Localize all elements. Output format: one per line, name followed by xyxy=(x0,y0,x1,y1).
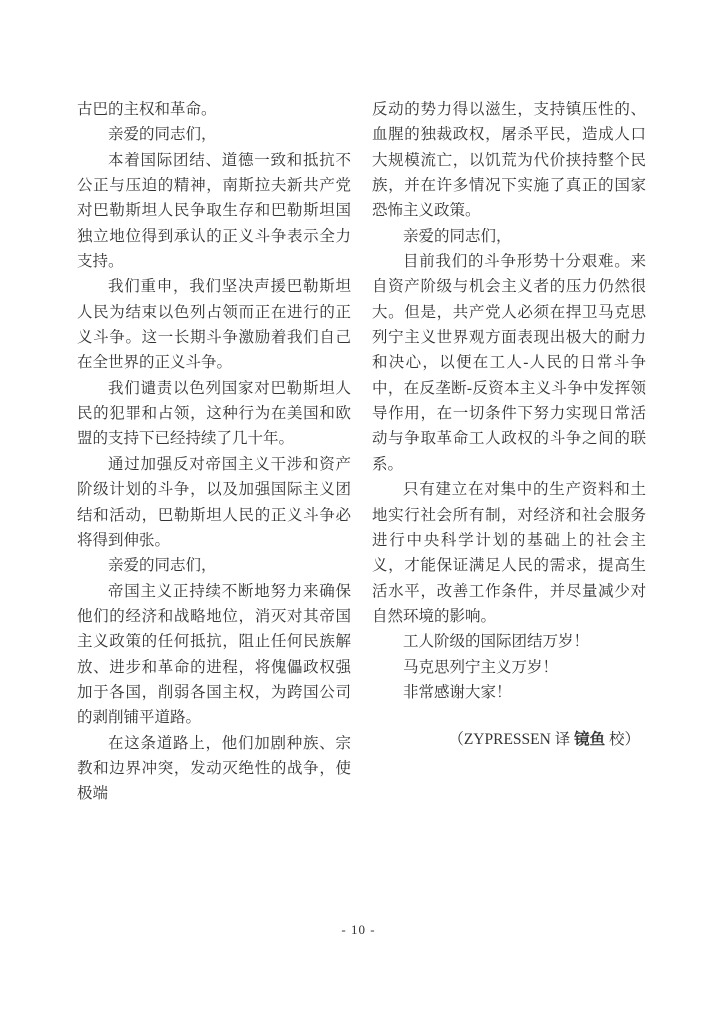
translator-credit: （ZYPRESSEN 译 镜鱼 校） xyxy=(372,727,646,752)
paragraph: 马克思列宁主义万岁！ xyxy=(372,655,646,680)
paragraph: 亲爱的同志们， xyxy=(77,553,351,578)
page-number: - 10 - xyxy=(0,922,717,938)
text-columns: 古巴的主权和革命。亲爱的同志们，本着国际团结、道德一致和抵抗不公正与压迫的精神，… xyxy=(77,97,717,807)
credit-proofreader: 镜鱼 xyxy=(574,731,605,748)
paragraph: 目前我们的斗争形势十分艰难。来自资产阶级与机会主义者的压力仍然很大。但是，共产党… xyxy=(372,249,646,477)
paragraph: 我们重申，我们坚决声援巴勒斯坦人民为结束以色列占领而正在进行的正义斗争。这一长期… xyxy=(77,274,351,375)
paragraph: 我们谴责以色列国家对巴勒斯坦人民的犯罪和占领，这种行为在美国和欧盟的支持下已经持… xyxy=(77,376,351,452)
paragraph: 亲爱的同志们， xyxy=(77,122,351,147)
paragraph: 在这条道路上，他们加剧种族、宗教和边界冲突，发动灭绝性的战争，使极端 xyxy=(77,731,351,807)
paragraph: 亲爱的同志们， xyxy=(372,224,646,249)
right-column-paragraphs: 反动的势力得以滋生，支持镇压性的、血腥的独裁政权，屠杀平民，造成人口大规模流亡，… xyxy=(372,97,646,705)
document-page: 古巴的主权和革命。亲爱的同志们，本着国际团结、道德一致和抵抗不公正与压迫的精神，… xyxy=(0,0,717,1012)
paragraph: 古巴的主权和革命。 xyxy=(77,97,351,122)
paragraph: 本着国际团结、道德一致和抵抗不公正与压迫的精神，南斯拉夫新共产党对巴勒斯坦人民争… xyxy=(77,148,351,275)
credit-prefix: （ZYPRESSEN 译 xyxy=(448,731,574,748)
paragraph: 通过加强反对帝国主义干涉和资产阶级计划的斗争，以及加强国际主义团结和活动，巴勒斯… xyxy=(77,452,351,553)
credit-suffix: 校） xyxy=(605,731,640,748)
left-column: 古巴的主权和革命。亲爱的同志们，本着国际团结、道德一致和抵抗不公正与压迫的精神，… xyxy=(77,97,351,807)
paragraph: 反动的势力得以滋生，支持镇压性的、血腥的独裁政权，屠杀平民，造成人口大规模流亡，… xyxy=(372,97,646,224)
right-column: 反动的势力得以滋生，支持镇压性的、血腥的独裁政权，屠杀平民，造成人口大规模流亡，… xyxy=(372,97,646,807)
paragraph: 非常感谢大家！ xyxy=(372,680,646,705)
paragraph: 工人阶级的国际团结万岁！ xyxy=(372,629,646,654)
paragraph: 只有建立在对集中的生产资料和土地实行社会所有制，对经济和社会服务进行中央科学计划… xyxy=(372,477,646,629)
paragraph: 帝国主义正持续不断地努力来确保他们的经济和战略地位，消灭对其帝国主义政策的任何抵… xyxy=(77,579,351,731)
